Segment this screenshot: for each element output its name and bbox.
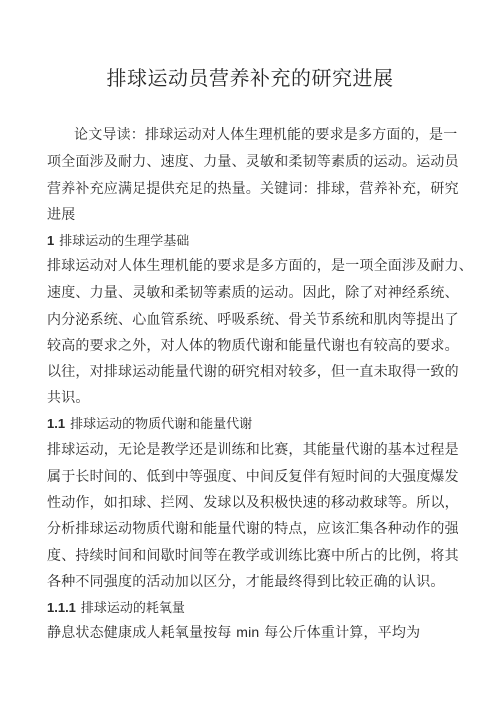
paragraph-line: 较高的要求之外，对人体的物质代谢和能量代谢也有较高的要求。 [47,335,459,355]
paragraph-line: 速度、力量、灵敏和柔韧等素质的运动。因此，除了对神经系统、 [47,282,459,302]
paragraph-line: 属于长时间的、低到中等强度、中间反复伴有短时间的大强度爆发 [47,466,459,486]
paragraph-line: 以往，对排球运动能量代谢的研究相对较多，但一直未取得一致的 [47,361,459,381]
paragraph-line: 各种不同强度的活动加以区分，才能最终得到比较正确的认识。 [47,571,445,591]
section-title: 排球运动的物质代谢和能量代谢 [70,417,252,432]
paragraph-line: 共识。 [47,387,90,407]
section-number: 1 [47,233,54,248]
abstract-line: 进展 [47,204,75,224]
paragraph-line: 排球运动，无论是教学还是训练和比赛，其能量代谢的基本过程是 [47,439,459,459]
section-number: 1.1 [47,416,65,431]
abstract-line: 营养补充应满足提供充足的热量。关键词：排球，营养补充，研究 [47,178,459,198]
section-number: 1.1.1 [47,600,76,615]
paragraph-line: 排球运动对人体生理机能的要求是多方面的，是一项全面涉及耐力、 [47,255,473,275]
text-run: 每公斤体重计算，平均为 [259,625,420,641]
paragraph-line: 性动作，如扣球、拦网、发球以及积极快速的移动救球等。所以， [47,492,459,512]
unit-text: min [236,624,259,640]
abstract-line: 论文导读：排球运动对人体生理机能的要求是多方面的，是一 [74,124,457,144]
paragraph-line: 静息状态健康成人耗氧量按每 min 每公斤体重计算，平均为 [47,622,420,642]
document-title: 排球运动员营养补充的研究进展 [0,62,500,91]
section-heading-1: 1排球运动的生理学基础 [47,230,189,249]
paragraph-line: 分析排球运动物质代谢和能量代谢的特点，应该汇集各种动作的强 [47,518,459,538]
abstract-line: 项全面涉及耐力、速度、力量、灵敏和柔韧等素质的运动。运动员 [47,151,459,171]
document-page: 排球运动员营养补充的研究进展 论文导读：排球运动对人体生理机能的要求是多方面的，… [0,0,500,708]
section-heading-1-1: 1.1排球运动的物质代谢和能量代谢 [47,413,252,432]
section-title: 排球运动的耗氧量 [81,601,185,616]
section-heading-1-1-1: 1.1.1排球运动的耗氧量 [47,597,185,616]
text-run: 静息状态健康成人耗氧量按每 [47,625,236,641]
section-title: 排球运动的生理学基础 [59,234,189,249]
paragraph-line: 内分泌系统、心血管系统、呼吸系统、骨关节系统和肌肉等提出了 [47,309,459,329]
paragraph-line: 度、持续时间和间歇时间等在教学或训练比赛中所占的比例，将其 [47,545,459,565]
